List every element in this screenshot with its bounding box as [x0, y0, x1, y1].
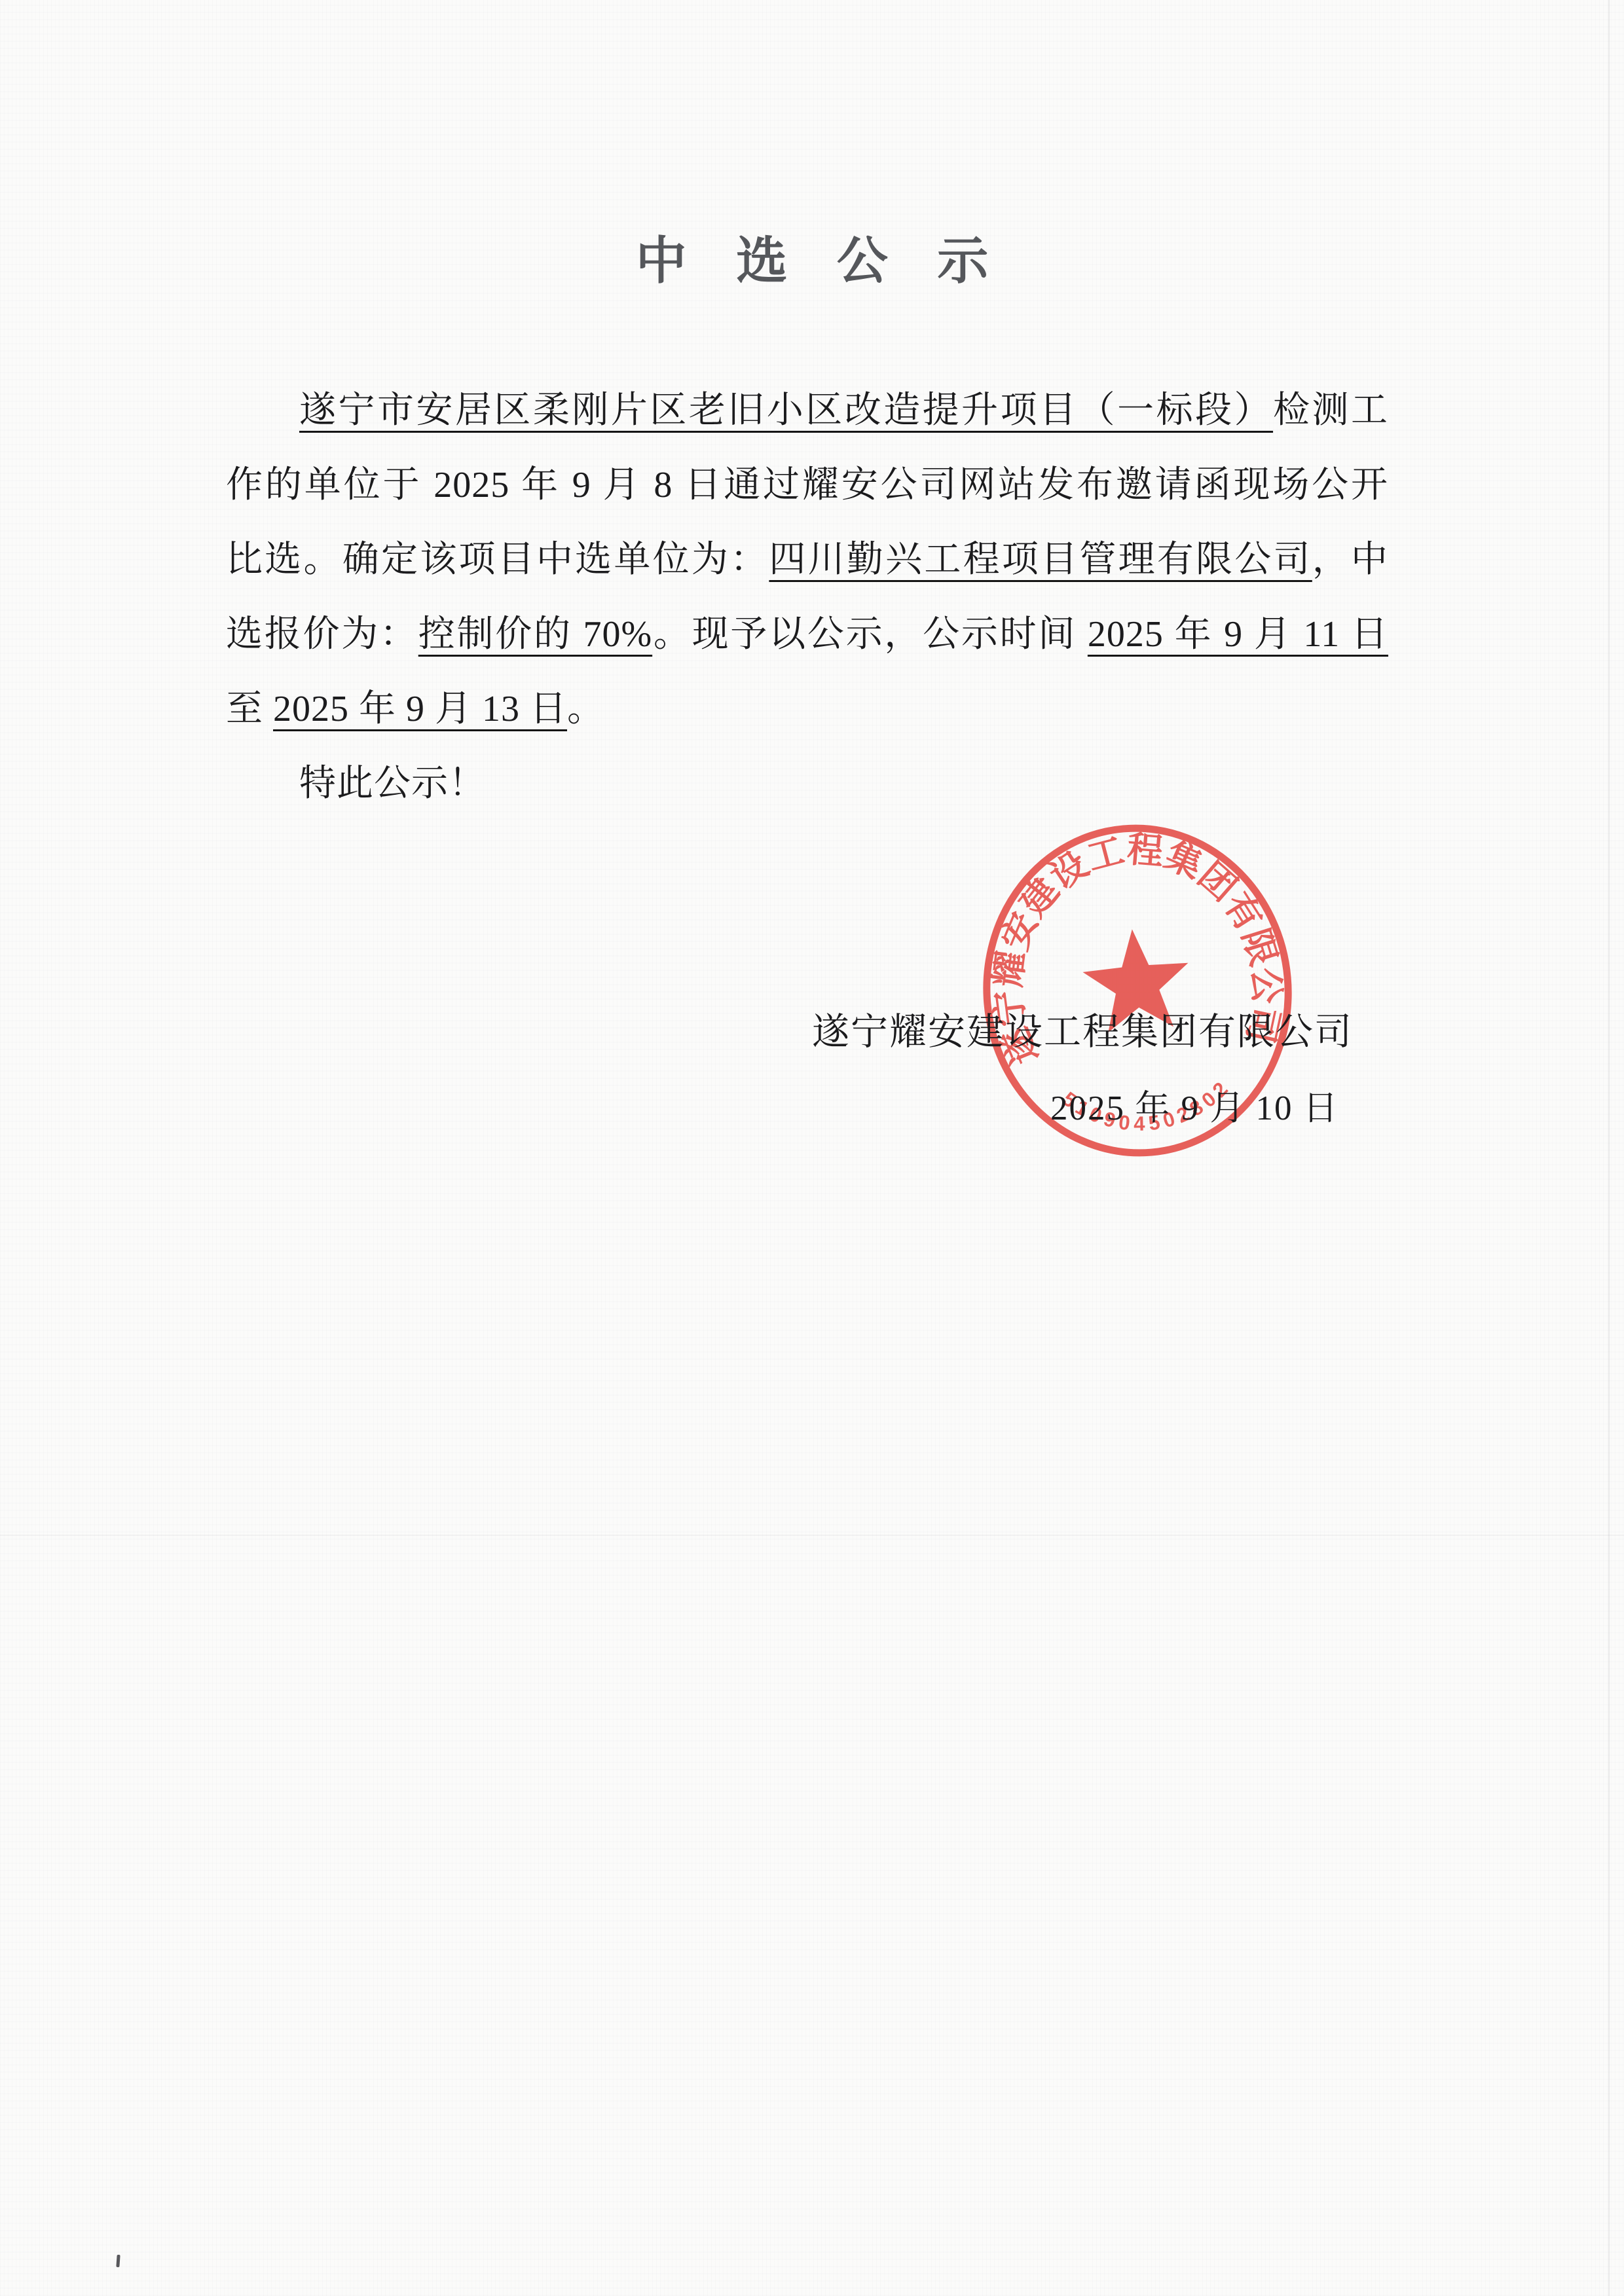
body-text-segment: ，中	[1312, 539, 1388, 580]
body-text-segment: 作的单位于 2025 年 9 月 8 日通过耀安公司网站发布邀请函现场公开	[226, 465, 1388, 505]
signature-date: 2025 年 9 月 10 日	[1050, 1080, 1339, 1130]
body-line: 作的单位于 2025 年 9 月 8 日通过耀安公司网站发布邀请函现场公开	[226, 448, 1388, 522]
signature-company: 遂宁耀安建设工程集团有限公司	[812, 1002, 1353, 1055]
body-line: 比选。确定该项目中选单位为：四川勤兴工程项目管理有限公司，中	[226, 522, 1388, 597]
scan-edge-shadow	[1608, 0, 1610, 2296]
underlined-text: 遂宁市安居区柔刚片区老旧小区改造提升项目（一标段）	[299, 390, 1273, 431]
body-line: 选报价为：控制价的 70%。现予以公示，公示时间 2025 年 9 月 11 日	[226, 597, 1388, 672]
body-line: 至 2025 年 9 月 13 日。	[226, 672, 1388, 746]
body-text-segment: 比选。确定该项目中选单位为：	[226, 539, 769, 580]
body-text-segment: 特此公示！	[299, 763, 486, 804]
paper-crease-line	[0, 1535, 1624, 1536]
ink-mark	[116, 2255, 120, 2267]
document-page: 中 选 公 示 遂宁市安居区柔刚片区老旧小区改造提升项目（一标段）检测工作的单位…	[0, 0, 1624, 2296]
underlined-text: 2025 年 9 月 11 日	[1088, 614, 1388, 655]
body-text-segment: 。	[567, 689, 604, 729]
body-text-segment: 至	[226, 689, 273, 729]
underlined-text: 控制价的 70%	[418, 614, 652, 655]
body-text-segment: 。现予以公示，公示时间	[652, 614, 1088, 655]
body-text-segment: 检测工	[1273, 390, 1388, 431]
underlined-text: 四川勤兴工程项目管理有限公司	[769, 539, 1312, 580]
body-text-segment: 选报价为：	[226, 614, 418, 655]
page-title: 中 选 公 示	[0, 220, 1624, 293]
body-text: 遂宁市安居区柔刚片区老旧小区改造提升项目（一标段）检测工作的单位于 2025 年…	[226, 373, 1388, 821]
body-line: 遂宁市安居区柔刚片区老旧小区改造提升项目（一标段）检测工	[226, 373, 1388, 448]
underlined-text: 2025 年 9 月 13 日	[273, 689, 567, 729]
body-line: 特此公示！	[226, 746, 1388, 821]
